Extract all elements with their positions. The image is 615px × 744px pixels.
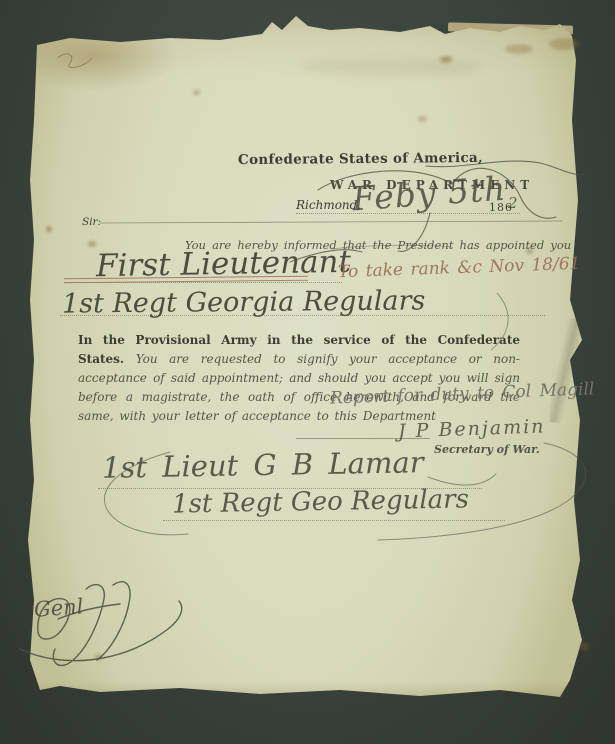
addressee-fill-line-2 <box>163 507 505 521</box>
docket-initials: Genl <box>33 594 84 621</box>
stain-spot <box>193 90 200 95</box>
salutation: Sir: <box>82 216 101 228</box>
fold-crease <box>549 317 580 423</box>
stain-spot <box>95 654 102 660</box>
stain-spot <box>88 241 96 247</box>
printed-body-paragraph: In the Provisional Army in the service o… <box>78 331 520 426</box>
unit-fill-line <box>60 301 545 316</box>
stain-spot <box>46 226 52 232</box>
document-title: Confederate States of America, <box>238 150 483 168</box>
date-fill-line <box>296 199 520 214</box>
stain-spot <box>300 58 480 76</box>
stain-spot <box>549 38 579 50</box>
secretary-title: Secretary of War. <box>434 443 540 456</box>
stain-spot <box>505 44 533 54</box>
photo-backdrop: Confederate States of America, WAR DEPAR… <box>0 0 615 744</box>
stain-spot <box>418 116 427 122</box>
stain-spot <box>580 642 589 651</box>
